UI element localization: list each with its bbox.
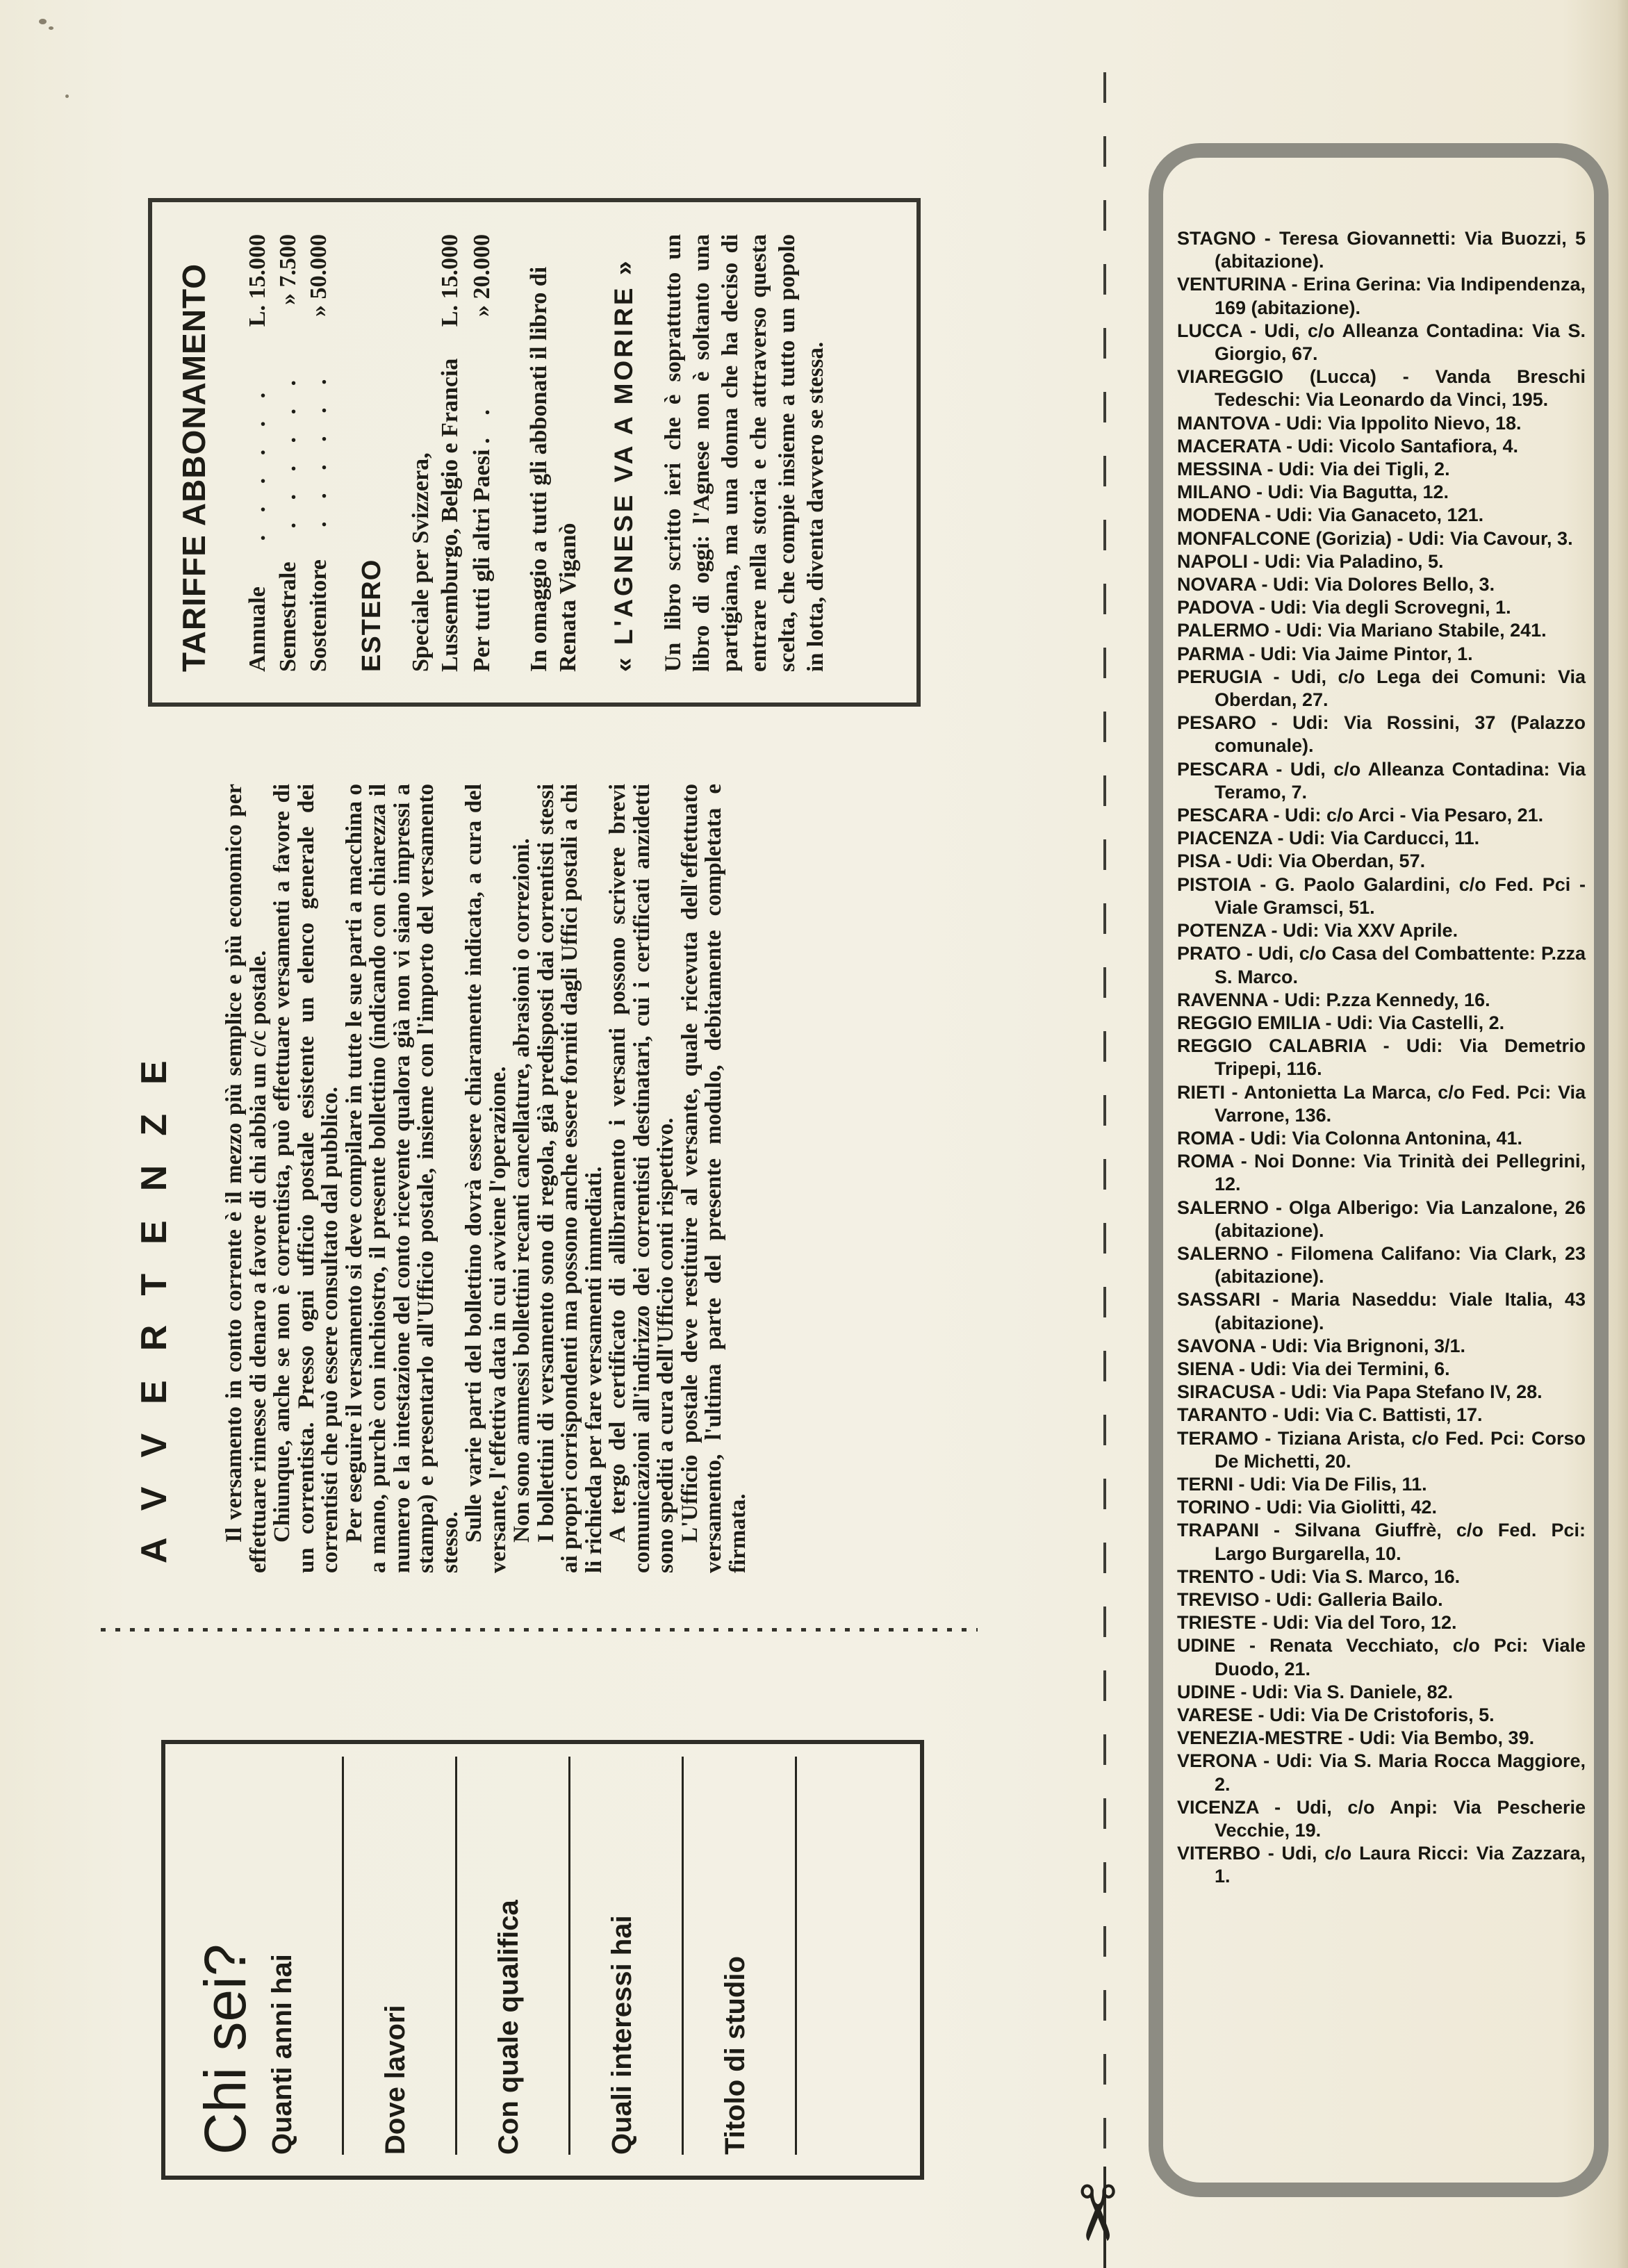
form-field-write-in-line: [342, 1757, 344, 2155]
subscription-rate-rows: Annuale . . . . . . L. 15.000 Semestrale…: [242, 234, 334, 672]
contact-entry: MILANO - Udi: Via Bagutta, 12.: [1177, 481, 1586, 504]
contact-entry: SAVONA - Udi: Via Brignoni, 3/1.: [1177, 1335, 1586, 1358]
paper-speck: [65, 94, 69, 98]
fold-dashed-line: [1103, 72, 1106, 2164]
book-title: « L'AGNESE VA A MORIRE »: [609, 234, 639, 672]
estero-row: Per tutti gli altri Paesi . . » 20.000: [468, 234, 497, 672]
subscription-rates-box: TARIFFE ABBONAMENTO Annuale . . . . . . …: [148, 198, 921, 707]
tariff-amount: » 7.500: [273, 234, 304, 338]
contact-entry: REGGIO CALABRIA - Udi: Via Demetrio Trip…: [1177, 1035, 1586, 1080]
form-field-write-in-line: [568, 1757, 570, 2155]
contact-entry: PALERMO - Udi: Via Mariano Stabile, 241.: [1177, 619, 1586, 642]
contact-entry: UDINE - Udi: Via S. Daniele, 82.: [1177, 1681, 1586, 1704]
contact-entry: RAVENNA - Udi: P.zza Kennedy, 16.: [1177, 989, 1586, 1012]
avvertenze-heading: AVVERTENZE: [132, 784, 176, 1563]
form-field: Quanti anni hai: [265, 1757, 344, 2155]
form-field-label: Quali interessi hai: [605, 1757, 639, 2155]
paper-speck: [39, 19, 47, 24]
estero-rate-rows: Speciale per Svizzera, Lussemburgo, Belg…: [406, 234, 497, 672]
tariff-dot-leader: . . . . . .: [242, 338, 273, 586]
paper-speck: [49, 26, 54, 30]
contact-entry: TORINO - Udi: Via Giolitti, 42.: [1177, 1496, 1586, 1519]
avvertenze-paragraph: Per eseguire il versamento si deve compi…: [343, 784, 463, 1573]
contact-entry: PESCARA - Udi, c/o Alleanza Contadina: V…: [1177, 758, 1586, 804]
contact-entry: VENTURINA - Erina Gerina: Via Indipenden…: [1177, 273, 1586, 319]
estero-heading: ESTERO: [358, 234, 386, 672]
contact-entry: TARANTO - Udi: Via C. Battisti, 17.: [1177, 1404, 1586, 1427]
contact-entry: ROMA - Noi Donne: Via Trinità dei Pelleg…: [1177, 1150, 1586, 1196]
subscription-rates-rotated-content: TARIFFE ABBONAMENTO Annuale . . . . . . …: [152, 202, 916, 702]
estero-amount: » 20.000: [468, 234, 497, 317]
contact-entry: VENEZIA-MESTRE - Udi: Via Bembo, 39.: [1177, 1727, 1586, 1750]
estero-amount: L. 15.000: [436, 234, 465, 327]
chi-sei-title: Chi sei?: [193, 1757, 257, 2155]
contact-entry: PIACENZA - Udi: Via Carducci, 11.: [1177, 827, 1586, 850]
book-blurb: Un libro scritto ieri che è soprattutto …: [659, 234, 830, 672]
avvertenze-paragraph: Chiunque, anche se non è correntista, pu…: [270, 784, 343, 1573]
estero-dot-leader: . .: [468, 317, 497, 450]
gift-note: In omaggio a tutti gli abbonati il libro…: [525, 234, 583, 672]
avvertenze-section: AVVERTENZE Il versamento in conto corren…: [132, 777, 931, 1577]
tariff-amount: » 50.000: [304, 234, 334, 338]
tariff-label: Semestrale: [273, 561, 304, 672]
contact-entry: SASSARI - Maria Naseddu: Viale Italia, 4…: [1177, 1288, 1586, 1334]
contact-entry: STAGNO - Teresa Giovannetti: Via Buozzi,…: [1177, 227, 1586, 273]
contact-entry: TRENTO - Udi: Via S. Marco, 16.: [1177, 1566, 1586, 1588]
form-field-label: Con quale qualifica: [492, 1757, 525, 2155]
contact-entry: REGGIO EMILIA - Udi: Via Castelli, 2.: [1177, 1012, 1586, 1035]
scanned-page: TARIFFE ABBONAMENTO Annuale . . . . . . …: [0, 0, 1628, 2268]
avvertenze-paragraph: Il versamento in conto corrente è il mez…: [222, 784, 270, 1573]
contact-entry: LUCCA - Udi, c/o Alleanza Contadina: Via…: [1177, 320, 1586, 365]
contact-entry: SIRACUSA - Udi: Via Papa Stefano IV, 28.: [1177, 1381, 1586, 1404]
avvertenze-paragraphs: Il versamento in conto corrente è il mez…: [222, 784, 750, 1573]
contact-entry: PISA - Udi: Via Oberdan, 57.: [1177, 850, 1586, 873]
contact-entry: SALERNO - Filomena Califano: Via Clark, …: [1177, 1242, 1586, 1288]
tariff-row: Sostenitore . . . . . . » 50.000: [304, 234, 334, 672]
avvertenze-paragraph: Sulle varie parti del bollettino dovrà e…: [462, 784, 510, 1573]
contact-entry: VERONA - Udi: Via S. Maria Rocca Maggior…: [1177, 1750, 1586, 1795]
scissors-icon: ✂: [1058, 2181, 1135, 2245]
form-field: Quali interessi hai: [605, 1757, 684, 2155]
contact-entry: MANTOVA - Udi: Via Ippolito Nievo, 18.: [1177, 412, 1586, 435]
contact-entry: MONFALCONE (Gorizia) - Udi: Via Cavour, …: [1177, 527, 1586, 550]
contact-entry: PESARO - Udi: Via Rossini, 37 (Palazzo c…: [1177, 712, 1586, 757]
contact-entry: TREVISO - Udi: Galleria Bailo.: [1177, 1588, 1586, 1611]
tariff-label: Annuale: [242, 586, 273, 672]
form-field-write-in-line: [455, 1757, 457, 2155]
tariff-row: Annuale . . . . . . L. 15.000: [242, 234, 273, 672]
contact-entry: PERUGIA - Udi, c/o Lega dei Comuni: Via …: [1177, 666, 1586, 712]
contact-entries: STAGNO - Teresa Giovannetti: Via Buozzi,…: [1177, 227, 1586, 1889]
estero-row: Speciale per Svizzera, Lussemburgo, Belg…: [406, 234, 465, 672]
form-field-write-in-line: [682, 1757, 684, 2155]
contact-entry: UDINE - Renata Vecchiato, c/o Pci: Viale…: [1177, 1634, 1586, 1680]
estero-label: Speciale per Svizzera, Lussemburgo, Belg…: [406, 339, 465, 672]
contact-entry: VITERBO - Udi, c/o Laura Ricci: Via Zazz…: [1177, 1842, 1586, 1888]
coupon-dotted-line: [101, 1628, 978, 1632]
form-field: Titolo di studio: [718, 1757, 797, 2155]
avvertenze-paragraph: Non sono ammessi bollettini recanti canc…: [510, 784, 534, 1573]
contact-entry: RIETI - Antonietta La Marca, c/o Fed. Pc…: [1177, 1081, 1586, 1127]
contact-entry: SIENA - Udi: Via dei Termini, 6.: [1177, 1358, 1586, 1381]
contact-entry: PRATO - Udi, c/o Casa del Combattente: P…: [1177, 942, 1586, 988]
avvertenze-rotated-content: AVVERTENZE Il versamento in conto corren…: [132, 777, 931, 1577]
contact-entry: TERNI - Udi: Via De Filis, 11.: [1177, 1473, 1586, 1496]
contact-entry: PESCARA - Udi: c/o Arci - Via Pesaro, 21…: [1177, 804, 1586, 827]
chi-sei-rotated-content: Chi sei? Quanti anni hai Dove lavori Con…: [165, 1744, 920, 2176]
subscription-rates-title: TARIFFE ABBONAMENTO: [176, 234, 212, 672]
form-field: Con quale qualifica: [492, 1757, 570, 2155]
contact-entry: SALERNO - Olga Alberigo: Via Lanzalone, …: [1177, 1197, 1586, 1242]
form-field-label: Dove lavori: [379, 1757, 412, 2155]
contact-entry: ROMA - Udi: Via Colonna Antonina, 41.: [1177, 1127, 1586, 1150]
avvertenze-paragraph: I bollettini di versamento sono di regol…: [534, 784, 607, 1573]
chi-sei-form-box: Chi sei? Quanti anni hai Dove lavori Con…: [161, 1740, 924, 2180]
tariff-dot-leader: . . . . . .: [304, 338, 334, 559]
contact-entry: TRAPANI - Silvana Giuffrè, c/o Fed. Pci:…: [1177, 1519, 1586, 1565]
estero-label: Per tutti gli altri Paesi: [468, 450, 497, 672]
avvertenze-paragraph: L'Ufficio postale deve restituire al ver…: [678, 784, 750, 1573]
contact-entry: PADOVA - Udi: Via degli Scrovegni, 1.: [1177, 596, 1586, 619]
tariff-amount: L. 15.000: [242, 234, 273, 338]
chi-sei-fields: Quanti anni hai Dove lavori Con quale qu…: [265, 1757, 797, 2155]
contact-entry: MESSINA - Udi: Via dei Tigli, 2.: [1177, 458, 1586, 481]
contact-entry: MODENA - Udi: Via Ganaceto, 121.: [1177, 504, 1586, 527]
contact-entry: TERAMO - Tiziana Arista, c/o Fed. Pci: C…: [1177, 1427, 1586, 1473]
contact-entry: VIAREGGIO (Lucca) - Vanda Breschi Tedesc…: [1177, 365, 1586, 411]
contact-entry: NOVARA - Udi: Via Dolores Bello, 3.: [1177, 573, 1586, 596]
form-field: Dove lavori: [379, 1757, 457, 2155]
contact-entry: TRIESTE - Udi: Via del Toro, 12.: [1177, 1611, 1586, 1634]
local-contacts-box: STAGNO - Teresa Giovannetti: Via Buozzi,…: [1149, 143, 1609, 2197]
form-field-write-in-line: [795, 1757, 797, 2155]
contact-entry: PISTOIA - G. Paolo Galardini, c/o Fed. P…: [1177, 873, 1586, 919]
tariff-label: Sostenitore: [304, 559, 334, 672]
avvertenze-paragraph: A tergo del certificato di allibramento …: [606, 784, 678, 1573]
contact-entry: VARESE - Udi: Via De Cristoforis, 5.: [1177, 1704, 1586, 1727]
contact-entry: NAPOLI - Udi: Via Paladino, 5.: [1177, 550, 1586, 573]
tariff-dot-leader: . . . . . .: [273, 338, 304, 561]
tariff-row: Semestrale . . . . . . » 7.500: [273, 234, 304, 672]
contact-entry: POTENZA - Udi: Via XXV Aprile.: [1177, 919, 1586, 942]
contact-entry: VICENZA - Udi, c/o Anpi: Via Pescherie V…: [1177, 1796, 1586, 1842]
form-field-label: Titolo di studio: [718, 1757, 752, 2155]
form-field-label: Quanti anni hai: [265, 1757, 299, 2155]
contact-entry: MACERATA - Udi: Vicolo Santafiora, 4.: [1177, 435, 1586, 458]
contact-entry: PARMA - Udi: Via Jaime Pintor, 1.: [1177, 643, 1586, 666]
